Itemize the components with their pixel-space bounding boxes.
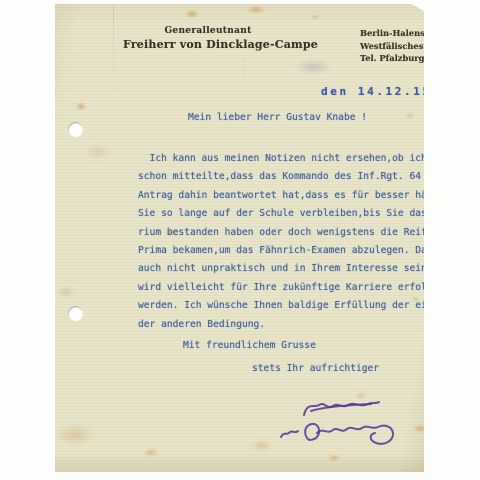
stain (185, 10, 199, 18)
stain (405, 112, 415, 119)
signature-handwriting (271, 385, 413, 453)
salutation: Mein lieber Herr Gustav Knabe ! (188, 112, 367, 123)
address-phone: Tel. Pfalzburg 1203 (360, 52, 450, 65)
paper-crease (243, 59, 244, 99)
scanned-letter-photo: Generalleutnant Freiherr von Dincklage-C… (0, 0, 480, 480)
address-street: Westfälischestr. 61 (360, 40, 450, 53)
closing-greeting: Mit freundlichem Grusse (183, 340, 316, 351)
stain (85, 144, 111, 160)
stain (247, 5, 265, 14)
stain (57, 286, 75, 298)
stain (251, 440, 273, 451)
closing-valediction: stets Ihr aufrichtiger (252, 363, 379, 374)
sender-rank: Generalleutnant (123, 26, 293, 36)
stain (75, 102, 87, 111)
punch-hole-top (68, 122, 83, 137)
letter-paper: Generalleutnant Freiherr von Dincklage-C… (55, 4, 424, 472)
letter-body: Ich kann aus meinen Notizen nicht ersehe… (138, 150, 473, 334)
ink-smudge (295, 59, 331, 75)
stain (413, 424, 427, 433)
punch-hole-bottom (68, 306, 83, 321)
address-city: Berlin-Halensee (360, 27, 450, 40)
stain (55, 424, 95, 446)
sender-name: Freiherr von Dincklage-Campe (123, 38, 293, 51)
letterhead-address: Berlin-Halensee Westfälischestr. 61 Tel.… (360, 27, 450, 65)
letterhead-sender: Generalleutnant Freiherr von Dincklage-C… (123, 26, 293, 51)
stain (310, 14, 320, 20)
stain (327, 454, 341, 462)
letter-date: den 14.12.15. (321, 85, 441, 98)
stain (143, 448, 159, 457)
paper-crease (113, 4, 114, 94)
